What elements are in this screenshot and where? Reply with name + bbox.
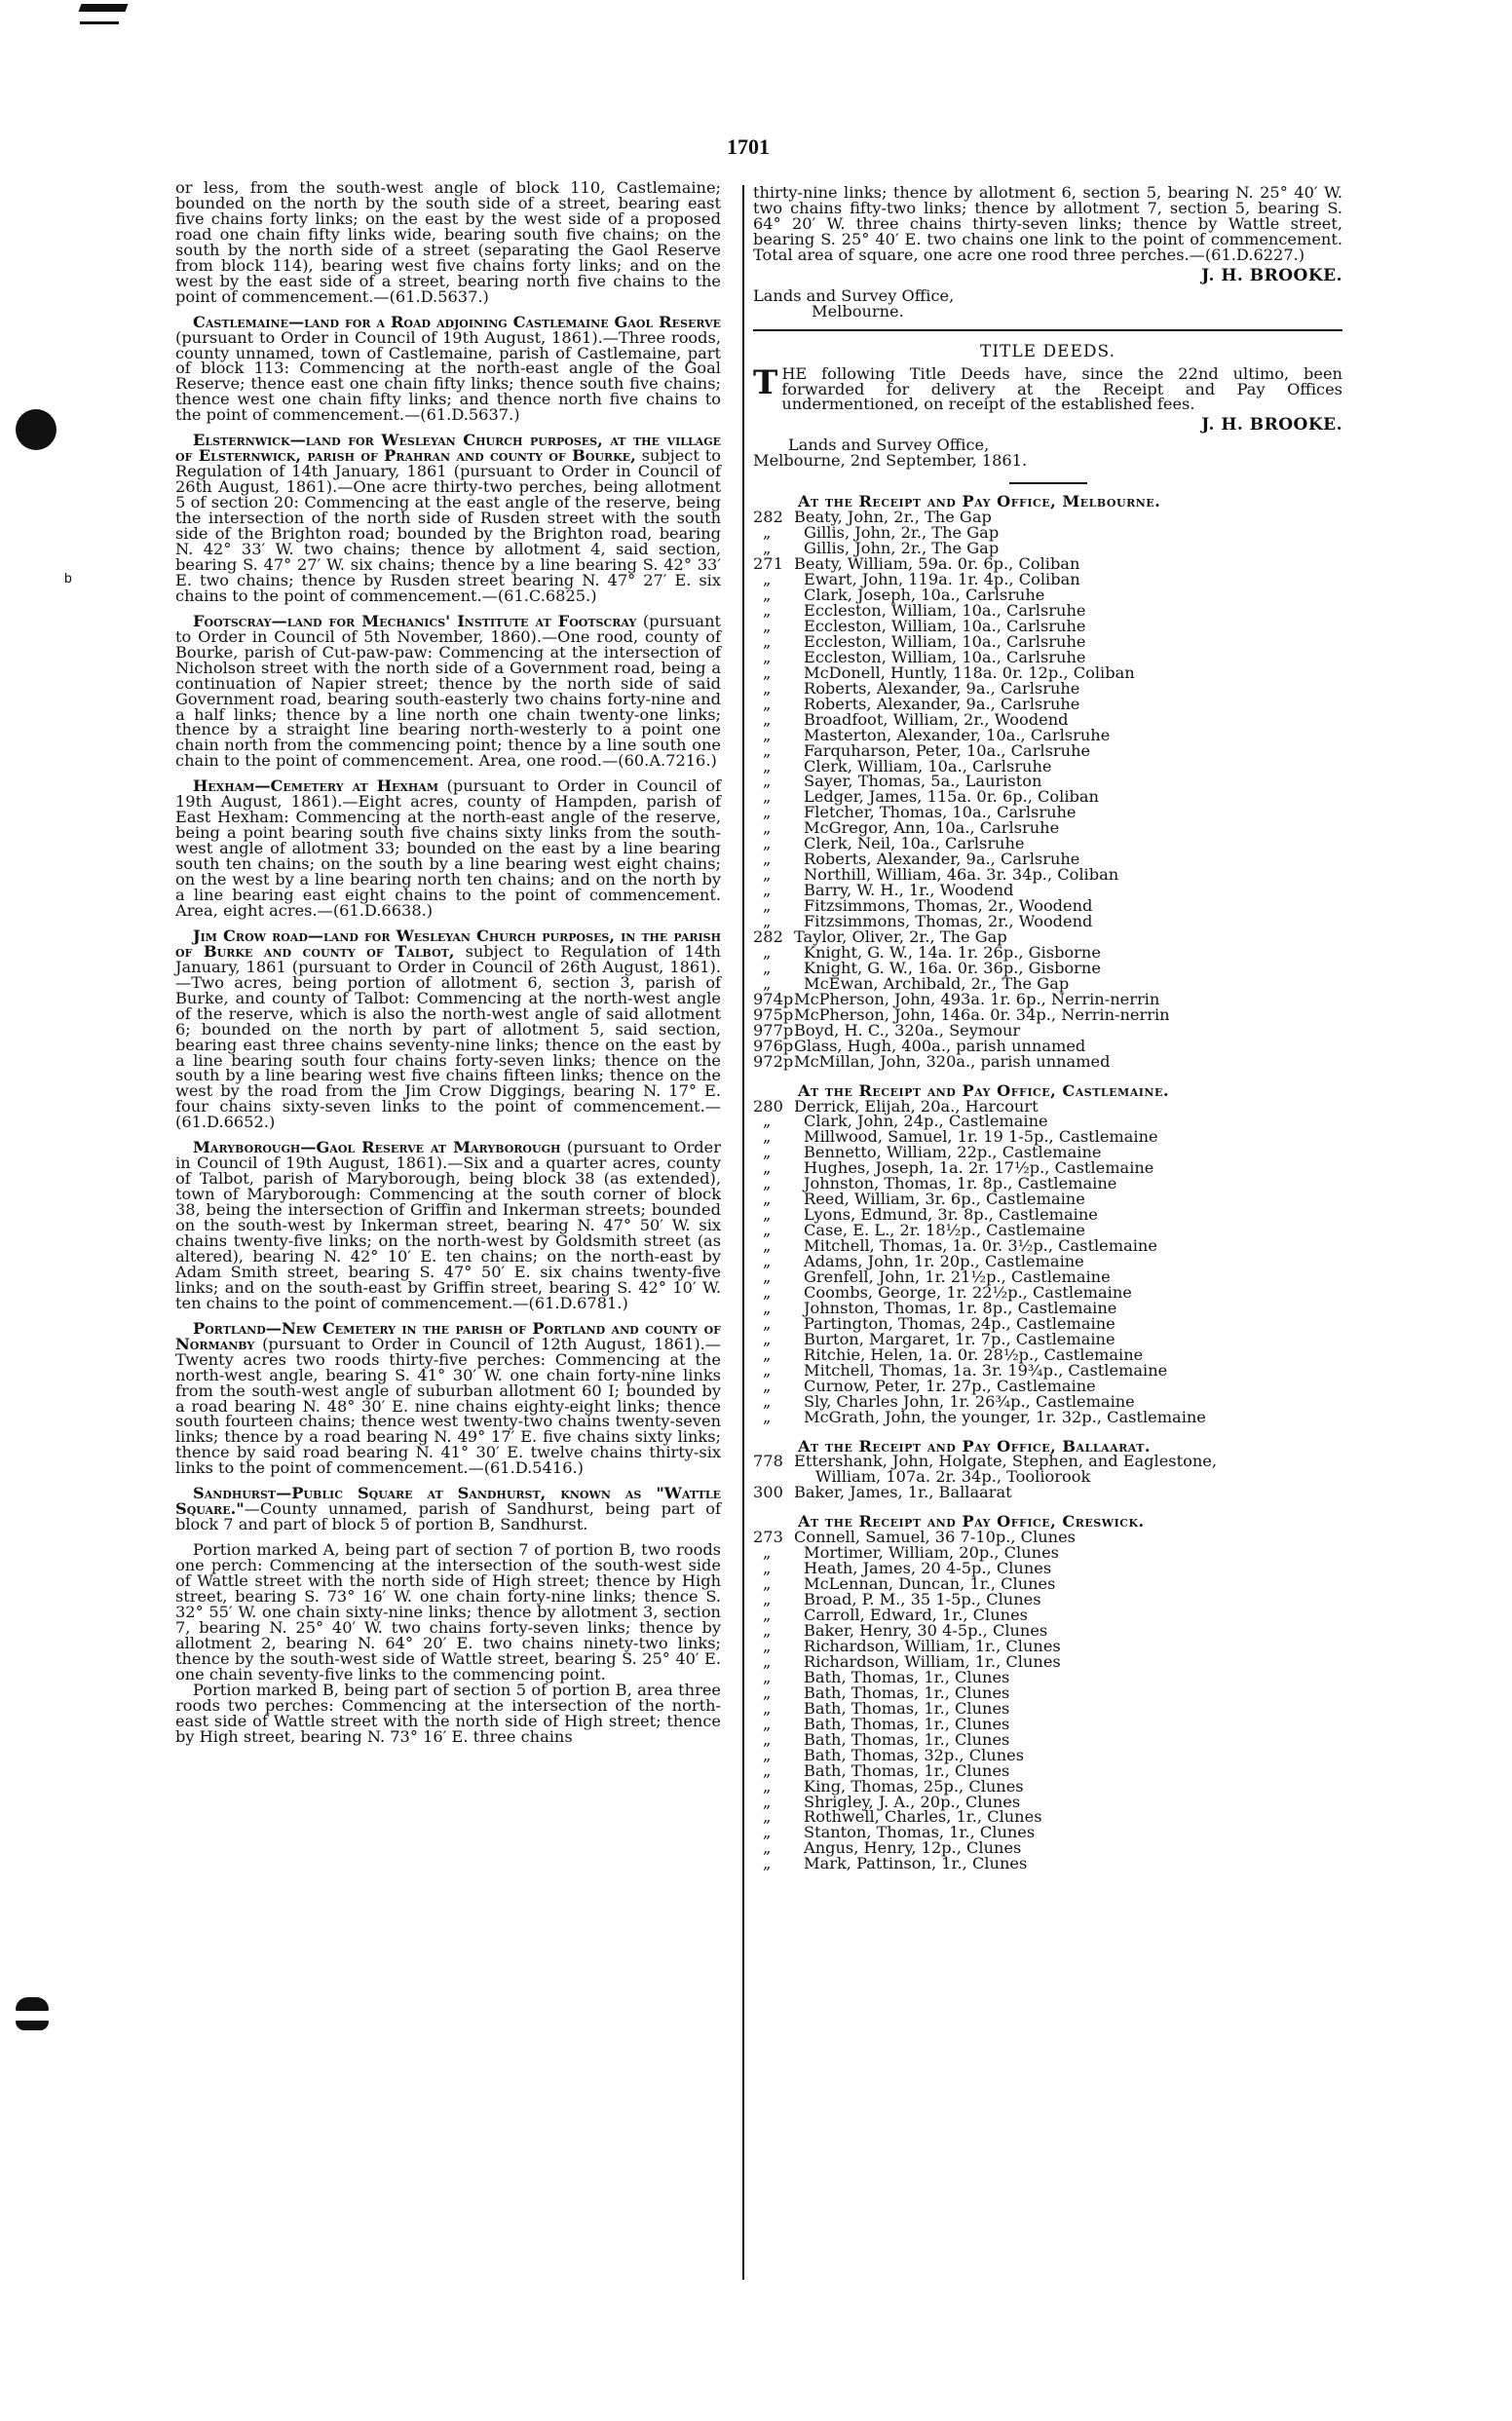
notice-body: (pursuant to Order in Council of 19th Au… bbox=[175, 328, 721, 425]
deed-number: „ bbox=[753, 820, 804, 836]
deed-number: „ bbox=[753, 743, 804, 759]
deed-number: „ bbox=[753, 1670, 804, 1685]
deed-entry: „Mark, Pattinson, 1r., Clunes bbox=[753, 1856, 1342, 1872]
land-notice: Footscray—land for Mechanics' Institute … bbox=[175, 614, 721, 770]
deed-number: „ bbox=[753, 1717, 804, 1732]
deed-number: „ bbox=[753, 1207, 804, 1223]
deed-number: „ bbox=[753, 1732, 804, 1748]
deed-text: Baker, James, 1r., Ballaarat bbox=[794, 1485, 1342, 1500]
land-notice: Sandhurst—Public Square at Sandhurst, kn… bbox=[175, 1486, 721, 1532]
deed-number: „ bbox=[753, 789, 804, 805]
deed-number: „ bbox=[753, 1176, 804, 1192]
deed-number: „ bbox=[753, 1576, 804, 1592]
notice-body: (pursuant to Order in Council of 12th Au… bbox=[175, 1335, 721, 1478]
deed-number: „ bbox=[753, 805, 804, 820]
deed-number: „ bbox=[753, 1856, 804, 1872]
deed-number: „ bbox=[753, 1654, 804, 1670]
deed-number: „ bbox=[753, 525, 804, 541]
deed-number: „ bbox=[753, 697, 804, 712]
binding-hole-icon bbox=[16, 409, 57, 450]
deed-text: Ettershank, John, Holgate, Stephen, and … bbox=[794, 1454, 1342, 1485]
notice-body: subject to Regulation of 14th January, 1… bbox=[175, 942, 721, 1131]
title-deeds-intro: THE following Title Deeds have, since th… bbox=[753, 366, 1342, 413]
deed-number: „ bbox=[753, 1285, 804, 1301]
deed-number: 282 bbox=[753, 510, 794, 525]
deed-number: „ bbox=[753, 681, 804, 697]
deed-number: 300 bbox=[753, 1485, 794, 1500]
deed-number: „ bbox=[753, 1592, 804, 1608]
deed-number: „ bbox=[753, 945, 804, 961]
notice-body: (pursuant to Order in Council of 5th Nov… bbox=[175, 612, 721, 771]
deed-number: „ bbox=[753, 1809, 804, 1825]
sandhurst-portion-a: Portion marked A, being part of section … bbox=[175, 1542, 721, 1683]
deed-number: „ bbox=[753, 961, 804, 976]
deed-entry: 300Baker, James, 1r., Ballaarat bbox=[753, 1485, 1342, 1500]
land-notice: Maryborough—Gaol Reserve at Maryborough … bbox=[175, 1140, 721, 1310]
binding-hole-split-icon bbox=[16, 1997, 49, 2036]
deed-number: „ bbox=[753, 1639, 804, 1654]
deed-text-line: Baker, James, 1r., Ballaarat bbox=[794, 1483, 1012, 1501]
deed-number: „ bbox=[753, 883, 804, 898]
deed-number: „ bbox=[753, 587, 804, 603]
title-deeds-signature: J. H. BROOKE. bbox=[753, 418, 1342, 434]
land-notice: Portland—New Cemetery in the parish of P… bbox=[175, 1321, 721, 1477]
deed-entry: 972pMcMillan, John, 320a., parish unname… bbox=[753, 1054, 1342, 1070]
deed-number: „ bbox=[753, 1394, 804, 1410]
deed-number: „ bbox=[753, 650, 804, 665]
deed-text: Mark, Pattinson, 1r., Clunes bbox=[804, 1856, 1342, 1872]
deed-number: „ bbox=[753, 1685, 804, 1701]
deed-number: „ bbox=[753, 1160, 804, 1176]
deed-entry: 778Ettershank, John, Holgate, Stephen, a… bbox=[753, 1454, 1342, 1485]
notice-continuation: or less, from the south-west angle of bl… bbox=[175, 180, 721, 305]
deed-number: 778 bbox=[753, 1454, 794, 1485]
deed-number: „ bbox=[753, 1545, 804, 1561]
section-rule bbox=[753, 329, 1342, 331]
deed-number: „ bbox=[753, 1301, 804, 1316]
deed-number: „ bbox=[753, 1114, 804, 1129]
deed-number: „ bbox=[753, 1254, 804, 1269]
deed-number: „ bbox=[753, 1363, 804, 1379]
deed-number: „ bbox=[753, 1779, 804, 1795]
deed-number: „ bbox=[753, 1269, 804, 1285]
scan-artifact-top bbox=[80, 2, 129, 23]
land-notice: Jim Crow road—land for Wesleyan Church p… bbox=[175, 928, 721, 1130]
deed-number: 273 bbox=[753, 1530, 794, 1545]
land-notice: Castlemaine—land for a Road adjoining Ca… bbox=[175, 315, 721, 424]
deed-number: „ bbox=[753, 1379, 804, 1394]
deed-number: „ bbox=[753, 728, 804, 743]
deed-entry: „McGrath, John, the younger, 1r. 32p., C… bbox=[753, 1410, 1342, 1425]
left-column: or less, from the south-west angle of bl… bbox=[175, 180, 721, 1745]
deed-number: „ bbox=[753, 774, 804, 789]
deed-number: 280 bbox=[753, 1099, 794, 1115]
deed-number: 972p bbox=[753, 1054, 794, 1070]
notice-body: (pursuant to Order in Council of 19th Au… bbox=[175, 776, 721, 920]
deed-number: „ bbox=[753, 1561, 804, 1576]
deeds-list: At the Receipt and Pay Office, Melbourne… bbox=[753, 494, 1342, 1872]
column-divider bbox=[742, 185, 744, 2280]
land-notice: Elsternwick—land for Wesleyan Church pur… bbox=[175, 433, 721, 603]
deed-number: „ bbox=[753, 898, 804, 914]
notice-body: subject to Regulation of 14th January, 1… bbox=[175, 446, 721, 605]
title-deeds-heading: TITLE DEEDS. bbox=[753, 345, 1342, 360]
deed-number: „ bbox=[753, 1825, 804, 1840]
sandhurst-portion-b: Portion marked B, being part of section … bbox=[175, 1683, 721, 1745]
office-line-2: Melbourne. bbox=[753, 304, 1342, 320]
deed-number: „ bbox=[753, 1332, 804, 1347]
deed-number: 282 bbox=[753, 929, 794, 945]
deed-number: „ bbox=[753, 1748, 804, 1763]
deed-number: „ bbox=[753, 1701, 804, 1717]
title-deeds-office: Lands and Survey Office, Melbourne, 2nd … bbox=[753, 437, 1342, 469]
deed-number: „ bbox=[753, 603, 804, 619]
deed-number: „ bbox=[753, 759, 804, 775]
deed-text: McGrath, John, the younger, 1r. 32p., Ca… bbox=[804, 1410, 1342, 1425]
right-column: thirty-nine links; thence by allotment 6… bbox=[753, 185, 1342, 1872]
deed-number: „ bbox=[753, 1795, 804, 1810]
deed-text-line: McGrath, John, the younger, 1r. 32p., Ca… bbox=[804, 1408, 1206, 1426]
deed-number: „ bbox=[753, 1316, 804, 1332]
page-number: 1701 bbox=[709, 134, 787, 160]
land-notice: Hexham—Cemetery at Hexham (pursuant to O… bbox=[175, 778, 721, 919]
deed-number: „ bbox=[753, 1840, 804, 1856]
deed-number: „ bbox=[753, 1623, 804, 1639]
deed-number: „ bbox=[753, 665, 804, 681]
notice-list: Castlemaine—land for a Road adjoining Ca… bbox=[175, 315, 721, 1533]
deed-number: „ bbox=[753, 867, 804, 883]
deed-number: „ bbox=[753, 836, 804, 851]
office-address: Lands and Survey Office, Melbourne. bbox=[753, 288, 1342, 320]
notice-body: (pursuant to Order in Council of 19th Au… bbox=[175, 1138, 721, 1312]
notice-continuation-right: thirty-nine links; thence by allotment 6… bbox=[753, 185, 1342, 263]
office-line-2: Melbourne, 2nd September, 1861. bbox=[753, 453, 1342, 469]
deed-text-line: McMillan, John, 320a., parish unnamed bbox=[794, 1052, 1111, 1071]
signature: J. H. BROOKE. bbox=[753, 269, 1342, 284]
deed-number: „ bbox=[753, 851, 804, 867]
deed-number: „ bbox=[753, 619, 804, 634]
notice-body: —County unnamed, parish of Sandhurst, be… bbox=[175, 1499, 721, 1533]
deed-number: „ bbox=[753, 1608, 804, 1623]
deed-number: „ bbox=[753, 634, 804, 650]
deed-number: „ bbox=[753, 1129, 804, 1145]
drop-cap: T bbox=[753, 368, 777, 397]
deed-number: „ bbox=[753, 1410, 804, 1425]
deed-number: „ bbox=[753, 1347, 804, 1363]
deed-number: „ bbox=[753, 1223, 804, 1238]
margin-mark: b bbox=[64, 570, 72, 586]
deed-number: „ bbox=[753, 712, 804, 728]
deed-text: McMillan, John, 320a., parish unnamed bbox=[794, 1054, 1342, 1070]
short-rule bbox=[1009, 482, 1087, 484]
deed-number: „ bbox=[753, 1192, 804, 1207]
deed-number: „ bbox=[753, 572, 804, 587]
deed-number: „ bbox=[753, 1145, 804, 1160]
deed-text-line: Mark, Pattinson, 1r., Clunes bbox=[804, 1854, 1027, 1872]
deed-number: 271 bbox=[753, 556, 794, 572]
deed-number: „ bbox=[753, 1763, 804, 1779]
deed-number: „ bbox=[753, 1238, 804, 1254]
